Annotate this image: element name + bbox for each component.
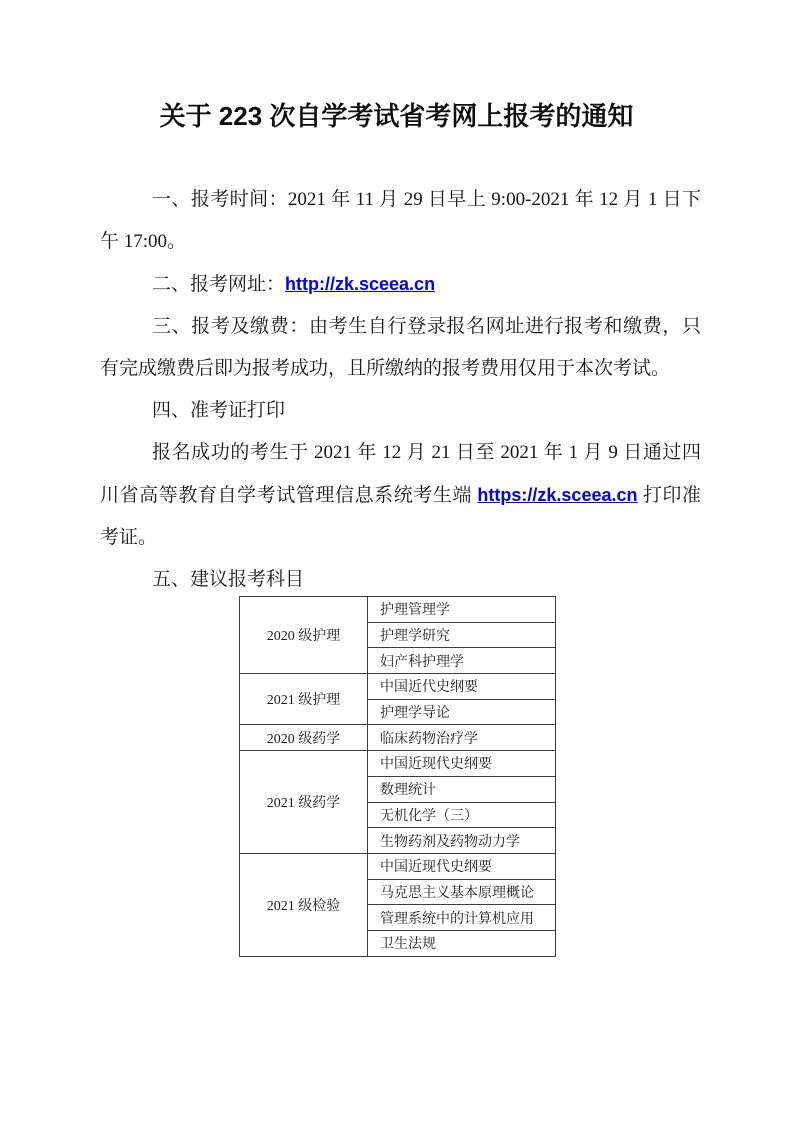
para-admission-ticket-heading: 四、准考证打印 — [100, 390, 701, 432]
para-registration-time: 一、报考时间：2021 年 11 月 29 日早上 9:00-2021 年 12… — [100, 179, 701, 263]
table-row: 2021 级护理中国近代史纲要 — [240, 674, 556, 700]
table-row: 2020 级药学临床药物治疗学 — [240, 725, 556, 751]
group-cell: 2021 级护理 — [240, 674, 368, 725]
course-cell: 数理统计 — [368, 776, 556, 802]
para-registration-site-label: 二、报考网址： — [152, 274, 285, 295]
course-cell: 中国近现代史纲要 — [368, 853, 556, 879]
course-cell: 妇产科护理学 — [368, 648, 556, 674]
course-cell: 中国近现代史纲要 — [368, 751, 556, 777]
course-cell: 护理管理学 — [368, 597, 556, 623]
course-cell: 生物药剂及药物动力学 — [368, 828, 556, 854]
table-row: 2021 级检验中国近现代史纲要 — [240, 853, 556, 879]
course-table: 2020 级护理护理管理学护理学研究妇产科护理学2021 级护理中国近代史纲要护… — [239, 596, 556, 957]
para-suggested-subjects-heading: 五、建议报考科目 — [100, 559, 701, 601]
course-table-body: 2020 级护理护理管理学护理学研究妇产科护理学2021 级护理中国近代史纲要护… — [240, 597, 556, 957]
group-cell: 2021 级检验 — [240, 853, 368, 956]
group-cell: 2021 级药学 — [240, 751, 368, 854]
para-registration-site: 二、报考网址：http://zk.sceea.cn — [100, 263, 701, 306]
para-payment: 三、报考及缴费：由考生自行登录报名网址进行报考和缴费，只有完成缴费后即为报考成功… — [100, 306, 701, 390]
course-cell: 护理学研究 — [368, 622, 556, 648]
table-row: 2020 级护理护理管理学 — [240, 597, 556, 623]
para-admission-ticket-detail: 报名成功的考生于 2021 年 12 月 21 日至 2021 年 1 月 9 … — [100, 432, 701, 559]
notice-body: 一、报考时间：2021 年 11 月 29 日早上 9:00-2021 年 12… — [100, 179, 701, 601]
registration-link[interactable]: http://zk.sceea.cn — [285, 274, 435, 294]
group-cell: 2020 级药学 — [240, 725, 368, 751]
course-cell: 临床药物治疗学 — [368, 725, 556, 751]
course-cell: 马克思主义基本原理概论 — [368, 879, 556, 905]
course-cell: 卫生法规 — [368, 930, 556, 956]
course-cell: 护理学导论 — [368, 699, 556, 725]
document-page: 关于 223 次自学考试省考网上报考的通知 一、报考时间：2021 年 11 月… — [0, 0, 793, 1122]
notice-title: 关于 223 次自学考试省考网上报考的通知 — [0, 99, 793, 133]
group-cell: 2020 级护理 — [240, 597, 368, 674]
table-row: 2021 级药学中国近现代史纲要 — [240, 751, 556, 777]
course-cell: 无机化学（三） — [368, 802, 556, 828]
course-cell: 管理系统中的计算机应用 — [368, 905, 556, 931]
course-cell: 中国近代史纲要 — [368, 674, 556, 700]
candidate-portal-link[interactable]: https://zk.sceea.cn — [477, 485, 637, 505]
